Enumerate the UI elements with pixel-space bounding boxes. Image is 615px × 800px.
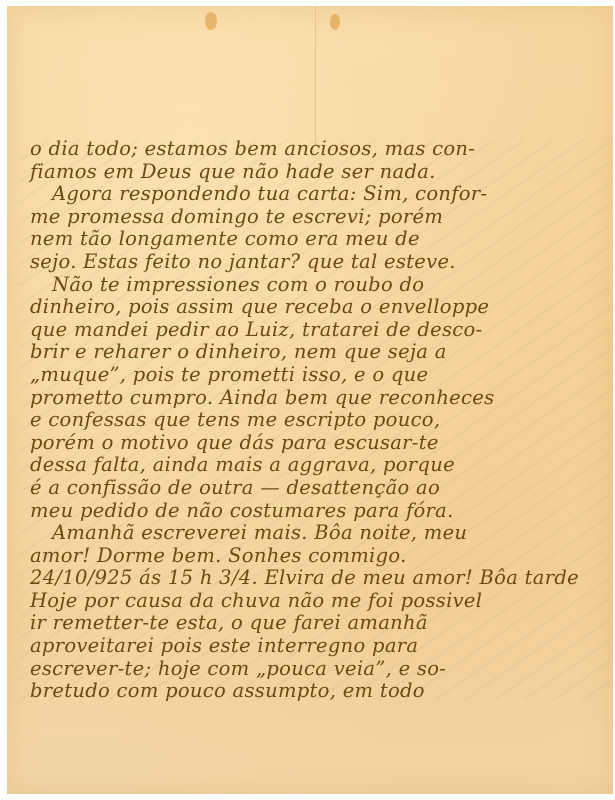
letter-line: que mandei pedir ao Luiz, tratarei de de… [30, 319, 610, 342]
letter-line: fiamos em Deus que não hade ser nada. [30, 161, 610, 184]
letter-line: bretudo com pouco assumpto, em todo [30, 680, 610, 703]
letter-line: Amanhã escreverei mais. Bôa noite, meu [30, 522, 610, 545]
letter-line: „muque”, pois te prometti isso, e o que [30, 364, 610, 387]
letter-line: dessa falta, ainda mais a aggrava, porqu… [30, 454, 610, 477]
paper-fold-crease [315, 6, 316, 146]
letter-line: aproveitarei pois este interregno para [30, 635, 610, 658]
letter-line-dated: 24/10/925 ás 15 h 3/4. Elvira de meu amo… [30, 567, 610, 590]
letter-line: é a confissão de outra — desattenção ao [30, 477, 610, 500]
letter-line: o dia todo; estamos bem anciosos, mas co… [30, 138, 610, 161]
letter-body: o dia todo; estamos bem anciosos, mas co… [30, 138, 610, 703]
letter-line: prometto cumpro. Ainda bem que reconhece… [30, 387, 610, 410]
letter-line: dinheiro, pois assim que receba o envell… [30, 296, 610, 319]
letter-line: Hoje por causa da chuva não me foi possi… [30, 590, 610, 613]
letter-line: sejo. Estas feito no jantar? que tal est… [30, 251, 610, 274]
letter-line: amor! Dorme bem. Sonhes commigo. [30, 545, 610, 568]
letter-line: brir e reharer o dinheiro, nem que seja … [30, 341, 610, 364]
letter-line: porém o motivo que dás para escusar-te [30, 432, 610, 455]
paper-stain [330, 14, 340, 30]
letter-line: nem tão longamente como era meu de [30, 228, 610, 251]
letter-line: me promessa domingo te escrevi; porém [30, 206, 610, 229]
letter-line: Não te impressiones com o roubo do [30, 274, 610, 297]
letter-line: escrever-te; hoje com „pouca veia”, e so… [30, 658, 610, 681]
letter-line: ir remetter-te esta, o que farei amanhã [30, 612, 610, 635]
letter-line: e confessas que tens me escripto pouco, [30, 409, 610, 432]
letter-line: meu pedido de não costumares para fóra. [30, 500, 610, 523]
letter-line: Agora respondendo tua carta: Sim, confor… [30, 183, 610, 206]
paper-stain [205, 12, 217, 30]
